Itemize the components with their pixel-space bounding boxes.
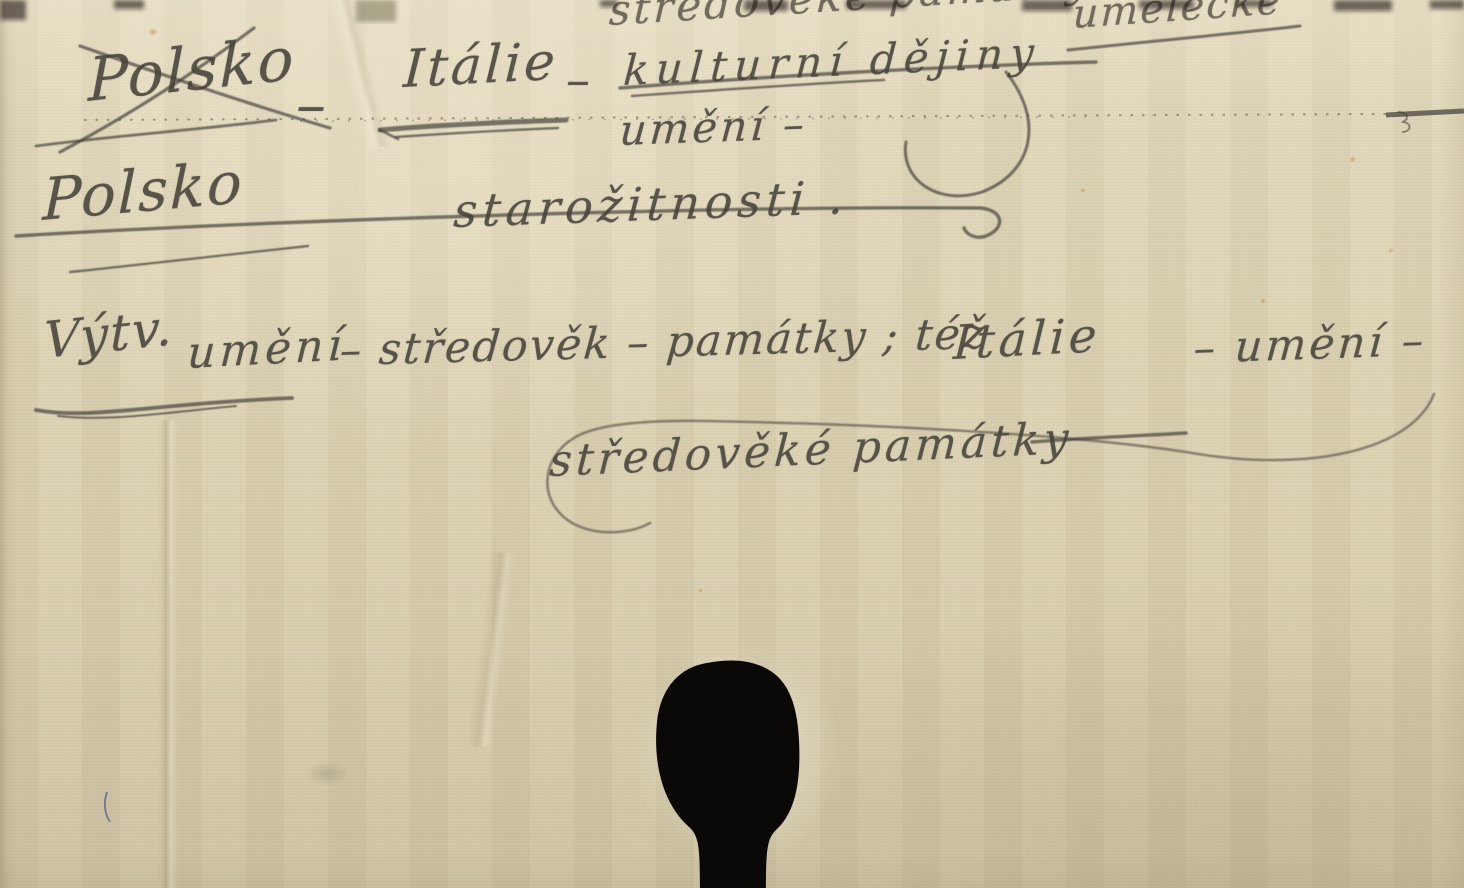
underline-vytv-umeni <box>36 398 292 413</box>
underline-italie-1 <box>380 120 566 130</box>
paper-crease <box>466 551 516 748</box>
rust-stain <box>698 588 703 593</box>
underline-italie-1b <box>396 128 558 137</box>
rust-stain <box>1260 298 1266 304</box>
blue-ink-tick <box>105 792 110 822</box>
keyhole-cutout <box>656 661 799 888</box>
phrase-umeni-end: – umění – <box>1192 316 1428 374</box>
rust-stain <box>1080 188 1086 193</box>
paper-crease <box>158 420 178 888</box>
under-sweep-polsko-2 <box>70 246 308 272</box>
word-polsko-1-struck: Polsko <box>88 24 295 116</box>
word-umeni-2: umění <box>186 319 347 379</box>
word-umelecke-struck: umělecké <box>1072 0 1283 38</box>
rust-stain <box>1388 248 1394 253</box>
word-kulturni-dejiny-struck: kulturní dějiny <box>622 28 1042 95</box>
dash-after-italie-1: – <box>566 52 590 108</box>
word-italie-2: Itálie <box>952 308 1102 371</box>
word-italie-1: Itálie <box>402 32 559 100</box>
word-stredoveke-pamatky-circled: středověké památky <box>548 413 1074 487</box>
word-vytv: Výtv. <box>44 298 174 370</box>
pencil-smudge <box>306 762 348 786</box>
paper-crease <box>326 0 390 151</box>
insertion-loop <box>905 72 1029 196</box>
rust-stain <box>148 28 158 36</box>
rule-line-dark-end <box>1386 111 1464 115</box>
dash-after-polsko-1: – <box>296 70 326 140</box>
underline-italie-tick <box>380 130 398 139</box>
word-polsko-2: Polsko <box>42 148 244 234</box>
phrase-stredovek-pamatky-tez: – středověk – památky ; též <box>338 309 989 376</box>
scanned-card: středověké památky umělecké Polsko – Itá… <box>0 0 1464 888</box>
word-umeni-insert: umění – <box>618 99 809 155</box>
rust-stain <box>1349 156 1356 163</box>
margin-squiggle <box>1398 112 1410 132</box>
strike-under-polsko <box>36 120 276 146</box>
word-starozitnosti-struck: starožitnosti . <box>452 170 851 238</box>
underline-vytv-umeni-b <box>58 406 236 418</box>
